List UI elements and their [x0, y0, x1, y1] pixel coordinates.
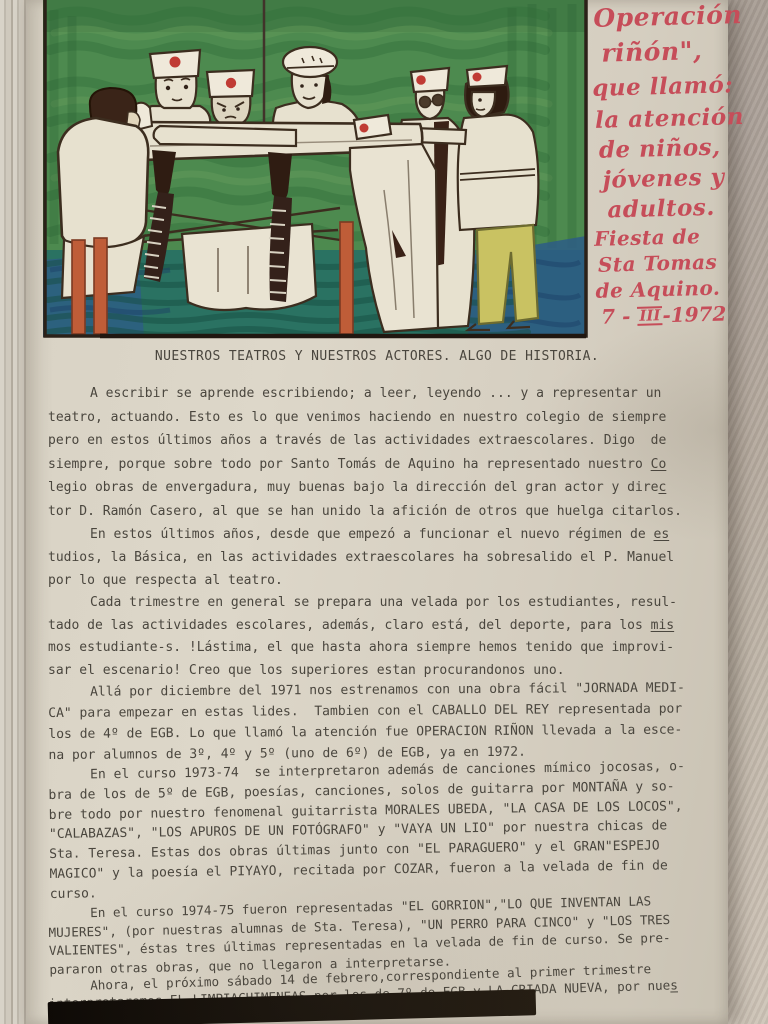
typewritten-line: mos estudiante-s. !Lástima, el que hasta…	[48, 637, 716, 660]
handwritten-note-line: de Aquino.	[595, 274, 756, 304]
roman-numeral-month: III	[637, 306, 663, 326]
handwritten-note-line: que llamó:	[590, 68, 751, 106]
typewritten-line: teatro, actuando. Esto es lo que venimos…	[48, 406, 716, 430]
article-body: A escribir se aprende escribiendo; a lee…	[48, 382, 716, 1024]
crayon-drawing-operacion-rinon	[40, 0, 592, 346]
paragraph: A escribir se aprende escribiendo; a lee…	[48, 382, 716, 523]
paragraph: Allá por diciembre del 1971 nos estrenam…	[48, 677, 717, 766]
typewritten-line: siempre, porque sobre todo por Santo Tom…	[48, 453, 716, 477]
typewritten-line: A escribir se aprende escribiendo; a lee…	[48, 382, 716, 406]
date-prefix: 7 -	[601, 304, 638, 329]
handwritten-note: Operaciónriñón",que llamó:la atenciónde …	[588, 0, 757, 329]
handwritten-date: 7 - III-1972	[596, 301, 757, 329]
handwritten-note-lines: Operaciónriñón",que llamó:la atenciónde …	[588, 0, 756, 304]
table-leg	[340, 222, 353, 334]
paragraph: En el curso 1973-74 se interpretaron ade…	[48, 757, 718, 905]
magazine-page: Operaciónriñón",que llamó:la atenciónde …	[26, 0, 728, 1024]
handwritten-note-line: Operación	[588, 0, 749, 36]
typewritten-line: Cada trimestre en general se prepara una…	[48, 592, 716, 615]
handwritten-note-line: de niños,	[592, 132, 753, 166]
figure-doctor-4-cap	[354, 115, 391, 139]
handwritten-note-line: la atención	[591, 102, 752, 136]
typewritten-line: legio obras de envergadura, muy buenas b…	[48, 476, 716, 500]
doctor-arm	[154, 126, 296, 146]
figure-doctor-2	[207, 70, 254, 124]
paragraph: Cada trimestre en general se prepara una…	[48, 592, 716, 682]
drape-sheet-center	[182, 224, 316, 310]
handwritten-note-line: adultos.	[593, 192, 754, 226]
paragraph: En estos últimos años, desde que empezó …	[48, 523, 716, 592]
typewritten-line: En estos últimos años, desde que empezó …	[48, 523, 716, 546]
typewritten-line: tor D. Ramón Casero, al que se han unido…	[48, 500, 716, 524]
typewritten-line: por lo que respecta al teatro.	[48, 569, 716, 592]
typewritten-line: tudios, la Básica, en las actividades ex…	[48, 546, 716, 569]
article-title: NUESTROS TEATROS Y NUESTROS ACTORES. ALG…	[26, 349, 728, 364]
typewritten-line: tado de las actividades escolares, ademá…	[48, 615, 716, 638]
handwritten-note-line: riñón",	[589, 32, 750, 72]
date-suffix: -1972	[662, 301, 727, 327]
photo-of-school-magazine-page: { "colors": { "red_ink": "#c64d59", "typ…	[0, 0, 768, 1024]
typewritten-line: pero en estos últimos años a través de l…	[48, 429, 716, 453]
handwritten-note-line: jóvenes y	[592, 162, 753, 196]
drawing-canvas	[40, 0, 592, 346]
